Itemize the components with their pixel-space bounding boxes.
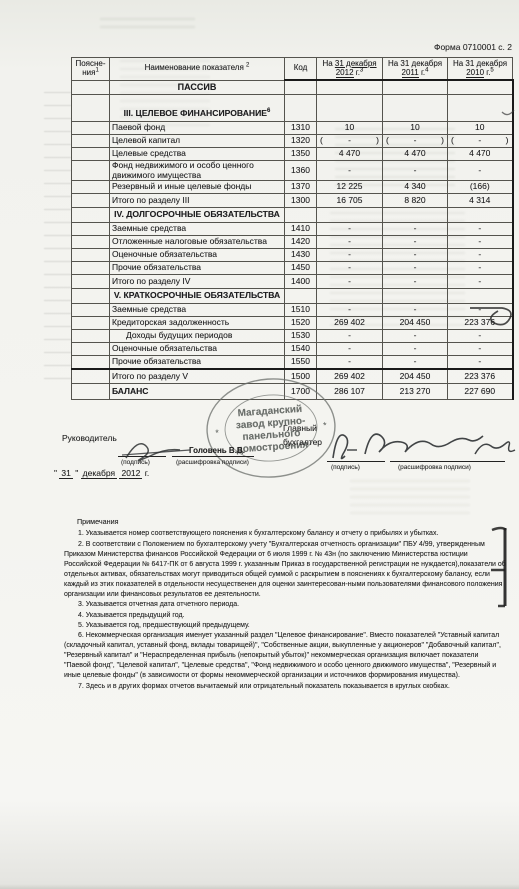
value-cell-2011 (383, 80, 448, 95)
code-cell: 1520 (285, 317, 317, 330)
value-cell-2012: - (317, 275, 383, 289)
handwritten-checkmark (468, 300, 519, 338)
value-cell-2011: 213 270 (383, 384, 448, 400)
table-row-1400: Итого по разделу IV1400--- (72, 275, 513, 289)
row-label: Оценочные обязательства (112, 343, 217, 353)
value-cell-2011 (383, 289, 448, 304)
note-item: 1. Указывается номер соответствующего по… (64, 529, 507, 539)
note-item: 7. Здесь и в других формах отчетов вычит… (64, 682, 507, 692)
row-label: Целевой капитал (112, 135, 180, 145)
scanned-balance-sheet-page: Форма 0710001 с. 2 Поясне- ния1 Наименов… (0, 0, 519, 889)
header-explanations-sup: 1 (95, 67, 98, 73)
explanation-cell (72, 135, 110, 148)
value-cell-2011: - (383, 304, 448, 317)
notes-section: Примечания 1. Указывается номер соответс… (64, 517, 507, 692)
date-suffix: г. (145, 468, 149, 478)
explanation-cell (72, 80, 110, 95)
header-explanations: Поясне- ния1 (72, 58, 110, 81)
header-period-2010: На 31 декабря 2010 г.5 (448, 58, 513, 81)
value-cell-2010: 227 690 (448, 384, 513, 400)
explanation-cell (72, 223, 110, 236)
table-row-1370: Резервный и иные целевые фонды137012 225… (72, 181, 513, 194)
accountant-role-line2: бухгалтер (283, 437, 322, 447)
code-cell: 1510 (285, 304, 317, 317)
table-row-section: V. КРАТКОСРОЧНЫЕ ОБЯЗАТЕЛЬСТВА (72, 289, 513, 304)
explanation-cell (72, 122, 110, 135)
label-cell: IV. ДОЛГОСРОЧНЫЕ ОБЯЗАТЕЛЬСТВА (110, 208, 285, 223)
value-cell-2010: (166) (448, 181, 513, 194)
value-cell-2011: 10 (383, 122, 448, 135)
row-label: III. ЦЕЛЕВОЕ ФИНАНСИРОВАНИЕ (124, 108, 267, 118)
label-cell: Прочие обязательства (110, 356, 285, 370)
director-role-label: Руководитель (62, 433, 117, 443)
explanation-cell (72, 330, 110, 343)
value-cell-2011 (383, 208, 448, 223)
table-row-1520: Кредиторская задолженность1520269 402204… (72, 317, 513, 330)
note-item: 2. В соответствии с Положением по бухгал… (64, 540, 507, 601)
value-cell-2011: - (383, 262, 448, 275)
code-cell: 1320 (285, 135, 317, 148)
value-cell-2010: 223 376 (448, 369, 513, 384)
code-cell: 1530 (285, 330, 317, 343)
explanation-cell (72, 275, 110, 289)
row-label: IV. ДОЛГОСРОЧНЫЕ ОБЯЗАТЕЛЬСТВА (114, 209, 280, 219)
label-cell: III. ЦЕЛЕВОЕ ФИНАНСИРОВАНИЕ6 (110, 95, 285, 122)
table-header-row: Поясне- ния1 Наименование показателя 2 К… (72, 58, 513, 81)
code-cell: 1450 (285, 262, 317, 275)
explanation-cell (72, 304, 110, 317)
value-cell-2012: 12 225 (317, 181, 383, 194)
report-date: " 31 " декабря 2012 г. (54, 468, 149, 478)
header-period-2011: На 31 декабря 2011 г.4 (383, 58, 448, 81)
value-cell-2012: 269 402 (317, 317, 383, 330)
table-row-1430: Оценочные обязательства1430--- (72, 249, 513, 262)
label-cell: Итого по разделу IV (110, 275, 285, 289)
row-label: ПАССИВ (178, 82, 217, 92)
explanation-cell (72, 249, 110, 262)
label-cell: ПАССИВ (110, 80, 285, 95)
value-cell-2010 (448, 208, 513, 223)
value-cell-2011: - (383, 223, 448, 236)
value-cell-2010: - (448, 356, 513, 370)
table-row-1550: Прочие обязательства1550--- (72, 356, 513, 370)
value-cell-2012 (317, 208, 383, 223)
row-label: Оценочные обязательства (112, 249, 217, 259)
table-row-1350: Целевые средства13504 4704 4704 470 (72, 148, 513, 161)
value-cell-2011 (383, 95, 448, 122)
header-code: Код (285, 58, 317, 81)
row-label: Паевой фонд (112, 122, 165, 132)
value-cell-2011: 4 340 (383, 181, 448, 194)
label-cell: Оценочные обязательства (110, 343, 285, 356)
value-cell-2010: - (448, 275, 513, 289)
scan-curl-artifact (500, 102, 518, 118)
row-label: Заемные средства (112, 223, 186, 233)
explanation-cell (72, 194, 110, 208)
label-cell: Отложенные налоговые обязательства (110, 236, 285, 249)
balance-sheet-table: Поясне- ния1 Наименование показателя 2 К… (71, 57, 514, 400)
value-cell-2011: - (383, 330, 448, 343)
round-stamp: Магаданский завод крупно- панельного дом… (200, 371, 343, 484)
accountant-role-line1: Главный (283, 423, 317, 433)
row-label: Итого по разделу V (112, 371, 188, 381)
row-label: Заемные средства (112, 304, 186, 314)
label-cell: Кредиторская задолженность (110, 317, 285, 330)
value-cell-2010: - (448, 343, 513, 356)
row-label: Целевые средства (112, 148, 186, 158)
note-item: 5. Указывается год, предшествующий преды… (64, 621, 507, 631)
bleed-through-artifact (100, 18, 195, 28)
label-cell: Фонд недвижимого и особо ценного движимо… (110, 161, 285, 181)
value-cell-2010: 10 (448, 122, 513, 135)
header-indicator-name: Наименование показателя 2 (110, 58, 285, 81)
row-label: Отложенные налоговые обязательства (112, 236, 267, 246)
value-cell-2012: 16 705 (317, 194, 383, 208)
accountant-handwritten-signature (325, 420, 517, 464)
table-row-1300: Итого по разделу III130016 7058 8204 314 (72, 194, 513, 208)
table-row-1410: Заемные средства1410--- (72, 223, 513, 236)
note-item: 6. Некоммерческая организация именует ук… (64, 631, 507, 682)
value-cell-2012: - (317, 343, 383, 356)
table-row-1420: Отложенные налоговые обязательства1420--… (72, 236, 513, 249)
table-row-1530: Доходы будущих периодов1530--- (72, 330, 513, 343)
explanation-cell (72, 369, 110, 384)
code-cell: 1310 (285, 122, 317, 135)
notes-title: Примечания (77, 517, 507, 527)
code-cell: 1370 (285, 181, 317, 194)
code-cell (285, 80, 317, 95)
value-cell-2012 (317, 289, 383, 304)
label-cell: Паевой фонд (110, 122, 285, 135)
label-cell: V. КРАТКОСРОЧНЫЕ ОБЯЗАТЕЛЬСТВА (110, 289, 285, 304)
value-cell-2011: - (383, 356, 448, 370)
row-label: Итого по разделу III (112, 195, 189, 205)
value-cell-2012: - (317, 304, 383, 317)
label-cell: Доходы будущих периодов (110, 330, 285, 343)
header-period-2012: На 31 декабря 2012 г.3 (317, 58, 383, 81)
row-label: Резервный и иные целевые фонды (112, 181, 251, 191)
value-cell-2011: 8 820 (383, 194, 448, 208)
value-cell-2011: - (383, 249, 448, 262)
code-cell: 1430 (285, 249, 317, 262)
accountant-name-caption: (расшифровка подписи) (398, 464, 471, 471)
value-cell-2011: (-) (383, 135, 448, 148)
value-cell-2012: - (317, 262, 383, 275)
label-cell: Заемные средства (110, 223, 285, 236)
label-cell: Оценочные обязательства (110, 249, 285, 262)
code-cell: 1540 (285, 343, 317, 356)
code-cell: 1550 (285, 356, 317, 370)
table-row-1450: Прочие обязательства1450--- (72, 262, 513, 275)
value-cell-2012: 10 (317, 122, 383, 135)
notes-list: 1. Указывается номер соответствующего по… (64, 529, 507, 691)
explanation-cell (72, 236, 110, 249)
explanation-cell (72, 289, 110, 304)
value-cell-2012: (-)7 (317, 135, 383, 148)
page-bottom-shadow (0, 884, 519, 889)
code-cell (285, 289, 317, 304)
note-item: 4. Указывается предыдущий год. (64, 611, 507, 621)
value-cell-2010: - (448, 236, 513, 249)
value-cell-2011: - (383, 236, 448, 249)
header-explanations-line1: Поясне- (75, 59, 105, 68)
label-cell: Целевой капитал (110, 135, 285, 148)
label-cell: Прочие обязательства (110, 262, 285, 275)
balance-table-body: ПАССИВIII. ЦЕЛЕВОЕ ФИНАНСИРОВАНИЕ6Паевой… (72, 80, 513, 400)
bleed-through-artifact (350, 480, 470, 520)
row-label: Кредиторская задолженность (112, 317, 229, 327)
table-row-1540: Оценочные обязательства1540--- (72, 343, 513, 356)
row-label: Фонд недвижимого и особо ценного движимо… (112, 161, 254, 180)
label-cell: Целевые средства (110, 148, 285, 161)
code-cell: 1300 (285, 194, 317, 208)
value-cell-2010: - (448, 161, 513, 181)
value-cell-2012: - (317, 161, 383, 181)
code-cell: 1360 (285, 161, 317, 181)
value-cell-2012: - (317, 356, 383, 370)
value-cell-2010 (448, 80, 513, 95)
code-cell: 1410 (285, 223, 317, 236)
value-cell-2010: - (448, 262, 513, 275)
explanation-cell (72, 343, 110, 356)
code-cell (285, 95, 317, 122)
explanation-cell (72, 317, 110, 330)
explanation-cell (72, 262, 110, 275)
label-cell: Заемные средства (110, 304, 285, 317)
form-number-label: Форма 0710001 с. 2 (434, 42, 512, 52)
row-label: БАЛАНС (112, 386, 148, 396)
code-cell (285, 208, 317, 223)
value-cell-2010: - (448, 249, 513, 262)
value-cell-2012 (317, 95, 383, 122)
bleed-through-row-marks (44, 92, 71, 388)
table-row-1360: Фонд недвижимого и особо ценного движимо… (72, 161, 513, 181)
explanation-cell (72, 181, 110, 194)
explanation-cell (72, 148, 110, 161)
date-day: 31 (59, 468, 72, 479)
director-handwritten-signature (120, 436, 220, 466)
date-year: 2012 (119, 468, 142, 479)
value-cell-2011: 204 450 (383, 369, 448, 384)
table-row-section: III. ЦЕЛЕВОЕ ФИНАНСИРОВАНИЕ6 (72, 95, 513, 122)
value-cell-2012: - (317, 330, 383, 343)
value-cell-2010: 4 470 (448, 148, 513, 161)
value-cell-2010: (-) (448, 135, 513, 148)
value-cell-2012 (317, 80, 383, 95)
value-cell-2010: - (448, 223, 513, 236)
table-row-1310: Паевой фонд1310101010 (72, 122, 513, 135)
note-item: 3. Указывается отчетная дата отчетного п… (64, 600, 507, 610)
value-cell-2011: - (383, 161, 448, 181)
code-cell: 1400 (285, 275, 317, 289)
code-cell: 1420 (285, 236, 317, 249)
row-label: Прочие обязательства (112, 356, 201, 366)
value-cell-2011: 4 470 (383, 148, 448, 161)
value-cell-2011: - (383, 275, 448, 289)
code-cell: 1350 (285, 148, 317, 161)
explanation-cell (72, 161, 110, 181)
date-month: декабря (81, 468, 117, 479)
header-explanations-line2: ния (82, 68, 95, 77)
value-cell-2012: - (317, 249, 383, 262)
row-label: Итого по разделу IV (112, 276, 190, 286)
explanation-cell (72, 356, 110, 370)
accountant-sign-caption: (подпись) (331, 464, 360, 471)
explanation-cell (72, 95, 110, 122)
value-cell-2012: 4 470 (317, 148, 383, 161)
label-cell: Резервный и иные целевые фонды (110, 181, 285, 194)
table-row-1320: Целевой капитал1320(-)7(-)(-) (72, 135, 513, 148)
row-label: V. КРАТКОСРОЧНЫЕ ОБЯЗАТЕЛЬСТВА (114, 290, 280, 300)
value-cell-2012: - (317, 236, 383, 249)
value-cell-2011: 204 450 (383, 317, 448, 330)
value-cell-2012: - (317, 223, 383, 236)
label-cell: Итого по разделу III (110, 194, 285, 208)
table-row-1510: Заемные средства1510--- (72, 304, 513, 317)
value-cell-2011: - (383, 343, 448, 356)
table-row-section: IV. ДОЛГОСРОЧНЫЕ ОБЯЗАТЕЛЬСТВА (72, 208, 513, 223)
explanation-cell (72, 384, 110, 400)
row-label: Прочие обязательства (112, 262, 201, 272)
value-cell-2010: 4 314 (448, 194, 513, 208)
row-label: Доходы будущих периодов (126, 330, 232, 340)
table-row-passiv: ПАССИВ (72, 80, 513, 95)
explanation-cell (72, 208, 110, 223)
